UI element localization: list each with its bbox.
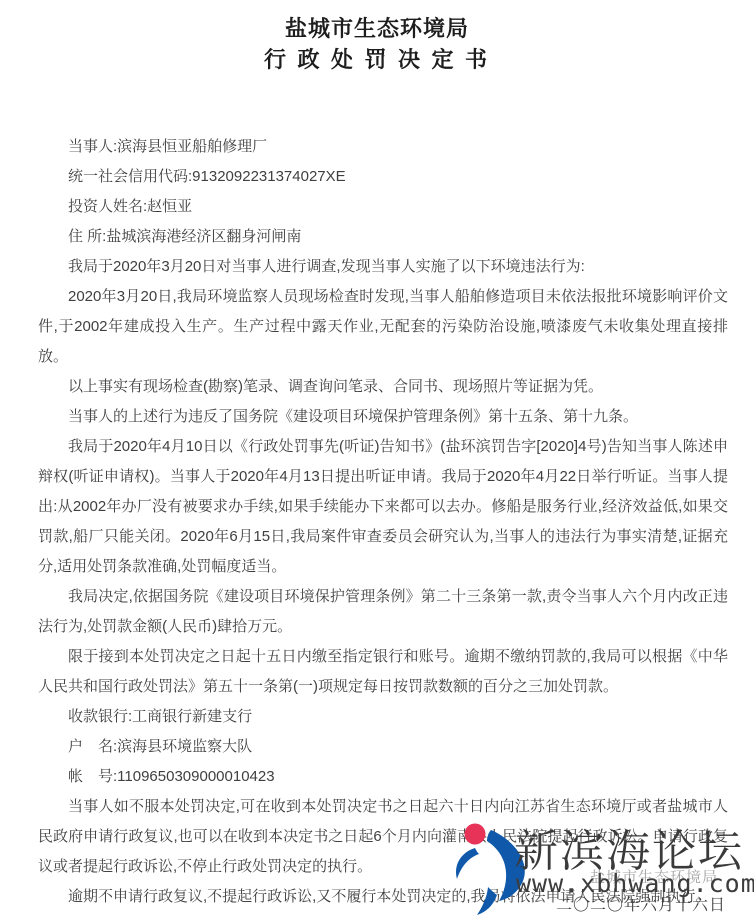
- paragraph: 2020年3月20日,我局环境监察人员现场检查时发现,当事人船舶修造项目未依法报…: [38, 282, 728, 372]
- paragraph: 限于接到本处罚决定之日起十五日内缴至指定银行和账号。逾期不缴纳罚款的,我局可以根…: [38, 642, 728, 702]
- paragraph: 住 所:盐城滨海港经济区翻身河闸南: [38, 222, 728, 252]
- paragraph: 统一社会信用代码:9132092231374027XE: [38, 162, 728, 192]
- paragraph: 当事人的上述行为违反了国务院《建设项目环境保护管理条例》第十五条、第十九条。: [38, 402, 728, 432]
- paragraph: 当事人:滨海县恒亚船舶修理厂: [38, 132, 728, 162]
- penalty-decision-document: 盐城市生态环境局 行 政 处 罚 决 定 书 当事人:滨海县恒亚船舶修理厂统一社…: [0, 0, 754, 916]
- paragraph: 收款银行:工商银行新建支行: [38, 702, 728, 732]
- paragraph: 以上事实有现场检查(勘察)笔录、调查询问笔录、合同书、现场照片等证据为凭。: [38, 372, 728, 402]
- doc-title: 行 政 处 罚 决 定 书: [0, 43, 754, 74]
- paragraph: 我局决定,依据国务院《建设项目环境保护管理条例》第二十三条第一款,责令当事人六个…: [38, 582, 728, 642]
- paragraph: 帐 号:1109650309000010423: [38, 762, 728, 792]
- org-title: 盐城市生态环境局: [0, 12, 754, 43]
- document-body: 当事人:滨海县恒亚船舶修理厂统一社会信用代码:9132092231374027X…: [38, 132, 728, 912]
- paragraph: 投资人姓名:赵恒亚: [38, 192, 728, 222]
- paragraph: 我局于2020年3月20日对当事人进行调查,发现当事人实施了以下环境违法行为:: [38, 252, 728, 282]
- paragraph: 户 名:滨海县环境监察大队: [38, 732, 728, 762]
- paragraph: 我局于2020年4月10日以《行政处罚事先(听证)告知书》(盐环滨罚告字[202…: [38, 432, 728, 582]
- signature-bureau: 盐城市生态环境局: [590, 866, 718, 887]
- signature-date: 二〇二〇年六月十六日: [556, 892, 726, 915]
